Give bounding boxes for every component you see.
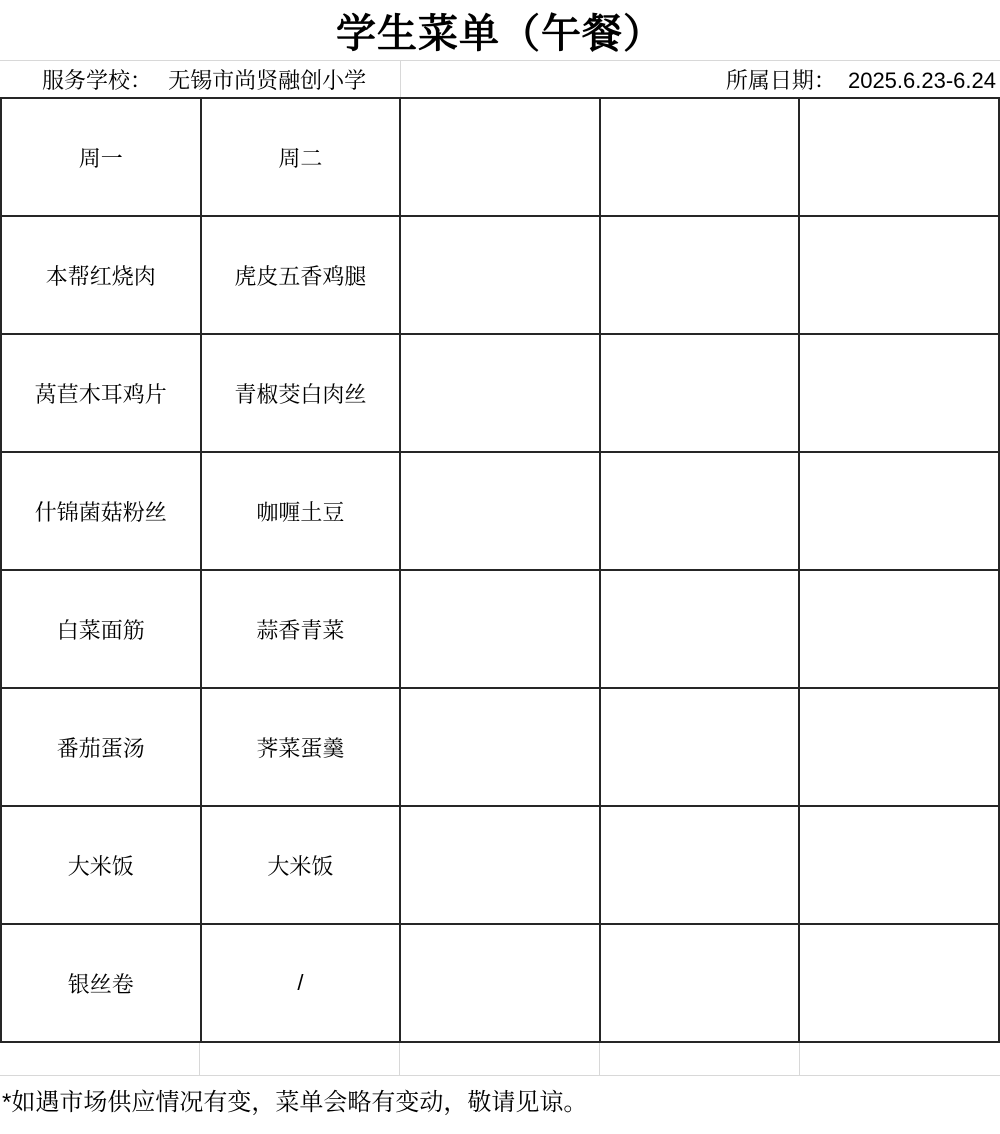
menu-cell <box>600 334 800 452</box>
school-label: 服务学校： <box>42 68 152 93</box>
menu-cell <box>600 688 800 806</box>
menu-cell: 咖喱土豆 <box>201 452 401 570</box>
school-value: 无锡市尚贤融创小学 <box>168 68 366 93</box>
footer-note: *如遇市场供应情况有变，菜单会略有变动，敬请见谅。 <box>0 1076 1000 1117</box>
menu-cell <box>600 452 800 570</box>
menu-page: 学生菜单（午餐） 服务学校： 无锡市尚贤融创小学 所属日期： 2025.6.23… <box>0 0 1000 1134</box>
menu-cell <box>799 688 999 806</box>
menu-cell: 青椒茭白肉丝 <box>201 334 401 452</box>
menu-cell <box>400 570 600 688</box>
menu-cell <box>799 216 999 334</box>
menu-cell <box>400 924 600 1042</box>
menu-cell <box>400 216 600 334</box>
table-row: 银丝卷 / <box>1 924 999 1042</box>
menu-cell: 什锦菌菇粉丝 <box>1 452 201 570</box>
menu-cell <box>799 924 999 1042</box>
school-info: 服务学校： 无锡市尚贤融创小学 <box>0 64 366 95</box>
menu-cell <box>600 806 800 924</box>
menu-cell: 大米饭 <box>1 806 201 924</box>
menu-cell: 莴苣木耳鸡片 <box>1 334 201 452</box>
info-bar: 服务学校： 无锡市尚贤融创小学 所属日期： 2025.6.23-6.24 <box>0 60 1000 97</box>
table-row: 周一 周二 <box>1 98 999 216</box>
day-header-cell <box>400 98 600 216</box>
table-row: 大米饭 大米饭 <box>1 806 999 924</box>
menu-cell: 番茄蛋汤 <box>1 688 201 806</box>
gridline-vertical <box>199 1043 200 1075</box>
gridline-vertical <box>599 1043 600 1075</box>
menu-cell: 本帮红烧肉 <box>1 216 201 334</box>
day-header-cell: 周二 <box>201 98 401 216</box>
menu-table: 周一 周二 本帮红烧肉 虎皮五香鸡腿 莴苣木耳鸡片 青椒茭白肉丝 <box>0 97 1000 1043</box>
table-row: 本帮红烧肉 虎皮五香鸡腿 <box>1 216 999 334</box>
table-row: 什锦菌菇粉丝 咖喱土豆 <box>1 452 999 570</box>
date-info: 所属日期： 2025.6.23-6.24 <box>726 64 1000 95</box>
table-row: 白菜面筋 蒜香青菜 <box>1 570 999 688</box>
menu-cell <box>400 688 600 806</box>
menu-cell <box>400 452 600 570</box>
menu-cell: / <box>201 924 401 1042</box>
day-header-cell: 周一 <box>1 98 201 216</box>
menu-cell <box>799 452 999 570</box>
gridline-vertical <box>799 1043 800 1075</box>
menu-cell <box>600 216 800 334</box>
day-header-cell <box>600 98 800 216</box>
date-label: 所属日期： <box>726 68 836 93</box>
table-row: 番茄蛋汤 荠菜蛋羹 <box>1 688 999 806</box>
table-row: 莴苣木耳鸡片 青椒茭白肉丝 <box>1 334 999 452</box>
menu-cell <box>799 334 999 452</box>
day-header-cell <box>799 98 999 216</box>
date-value: 2025.6.23-6.24 <box>848 68 996 93</box>
menu-cell: 银丝卷 <box>1 924 201 1042</box>
menu-cell: 大米饭 <box>201 806 401 924</box>
menu-cell <box>799 570 999 688</box>
menu-cell: 虎皮五香鸡腿 <box>201 216 401 334</box>
gridline-stub-row <box>0 1043 1000 1076</box>
menu-cell: 白菜面筋 <box>1 570 201 688</box>
page-title: 学生菜单（午餐） <box>0 0 1000 60</box>
menu-cell <box>799 806 999 924</box>
menu-cell <box>400 806 600 924</box>
menu-cell: 荠菜蛋羹 <box>201 688 401 806</box>
menu-cell <box>400 334 600 452</box>
menu-cell <box>600 924 800 1042</box>
menu-cell: 蒜香青菜 <box>201 570 401 688</box>
gridline-vertical <box>400 61 401 97</box>
menu-cell <box>600 570 800 688</box>
gridline-vertical <box>399 1043 400 1075</box>
